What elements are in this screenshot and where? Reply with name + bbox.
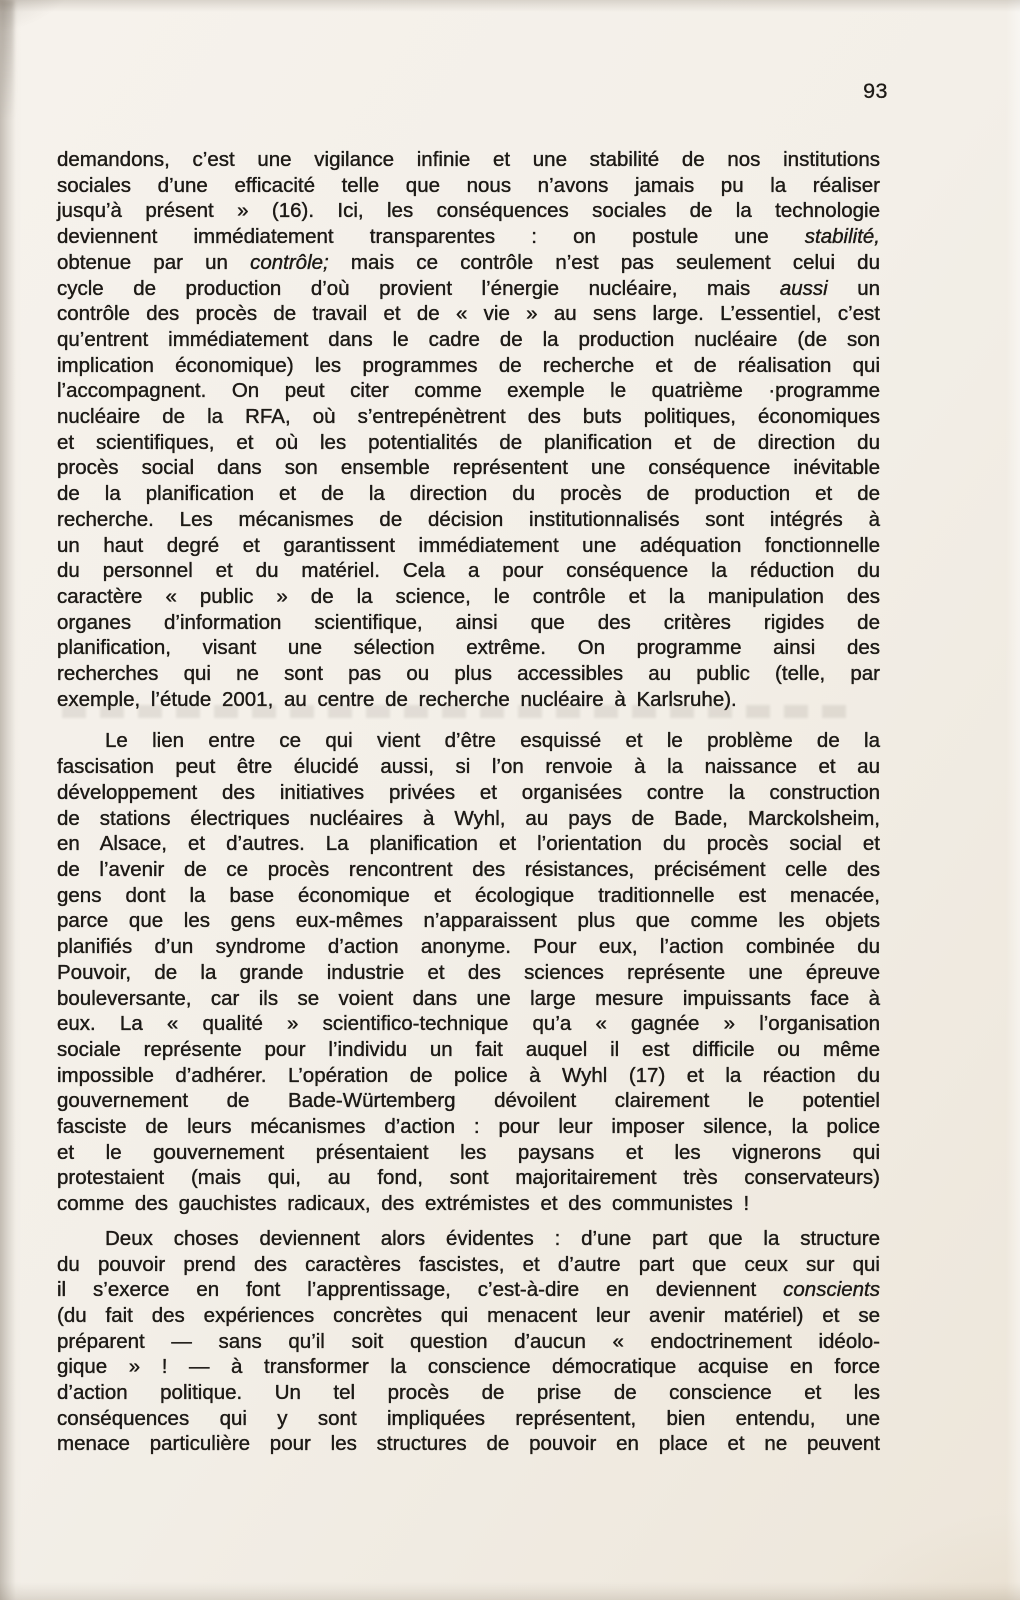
- text-line: et scientifiques, et où les potentialité…: [57, 430, 880, 456]
- text-line: cycle de production d’où provient l’éner…: [57, 276, 880, 302]
- paragraph: Deux choses deviennent alors évidentes :…: [57, 1226, 880, 1457]
- text-line: de l’avenir de ce procès rencontrent des…: [57, 857, 880, 883]
- scanned-book-page: 93 demandons, c’est une vigilance infini…: [0, 0, 1020, 1600]
- text-line: et le gouvernement présentaient les pays…: [57, 1140, 880, 1166]
- scan-bleed-artifact: [62, 705, 850, 718]
- text-line: il s’exerce en font l’apprentissage, c’e…: [57, 1277, 880, 1303]
- text-line: deviennent immédiatement transparentes :…: [57, 224, 880, 250]
- page-number: 93: [863, 79, 888, 104]
- text-line: qu’entrent immédiatement dans le cadre d…: [57, 327, 880, 353]
- text-line: planification, visant une sélection extr…: [57, 635, 880, 661]
- text-line: jusqu’à présent » (16). Ici, les conséqu…: [57, 198, 880, 224]
- text-line: bouleversante, car ils se voient dans un…: [57, 986, 880, 1012]
- text-line: contrôle des procès de travail et de « v…: [57, 301, 880, 327]
- text-line: parce que les gens eux-mêmes n’apparaiss…: [57, 908, 880, 934]
- text-line: fasciste de leurs mécanismes d’action : …: [57, 1114, 880, 1140]
- text-line: recherche. Les mécanismes de décision in…: [57, 507, 880, 533]
- text-line: sociale représente pour l’individu un fa…: [57, 1037, 880, 1063]
- text-line: organes d’information scientifique, ains…: [57, 610, 880, 636]
- text-line: conséquences qui y sont impliquées repré…: [57, 1406, 880, 1432]
- text-line: du pouvoir prend des caractères fasciste…: [57, 1252, 880, 1278]
- text-line: Deux choses deviennent alors évidentes :…: [57, 1226, 880, 1252]
- text-line: un haut degré et garantissent immédiatem…: [57, 533, 880, 559]
- text-line: sociales d’une efficacité telle que nous…: [57, 173, 880, 199]
- text-line: comme des gauchistes radicaux, des extré…: [57, 1191, 880, 1217]
- text-line: du personnel et du matériel. Cela a pour…: [57, 558, 880, 584]
- text-line: gique » ! — à transformer la conscience …: [57, 1354, 880, 1380]
- text-line: caractère « public » de la science, le c…: [57, 584, 880, 610]
- body-text: demandons, c’est une vigilance infinie e…: [57, 147, 880, 1457]
- text-line: impossible d’adhérer. L’opération de pol…: [57, 1063, 880, 1089]
- text-line: nucléaire de la RFA, où s’entrepénètrent…: [57, 404, 880, 430]
- text-line: planifiés d’un syndrome d’action anonyme…: [57, 934, 880, 960]
- text-line: gens dont la base économique et écologiq…: [57, 883, 880, 909]
- text-line: procès social dans son ensemble représen…: [57, 455, 880, 481]
- text-line: implication économique) les programmes d…: [57, 353, 880, 379]
- text-line: protestaient (mais qui, au fond, sont ma…: [57, 1165, 880, 1191]
- text-line: en Alsace, et d’autres. La planification…: [57, 831, 880, 857]
- text-line: recherches qui ne sont pas ou plus acces…: [57, 661, 880, 687]
- text-line: demandons, c’est une vigilance infinie e…: [57, 147, 880, 173]
- text-line: d’action politique. Un tel procès de pri…: [57, 1380, 880, 1406]
- text-line: préparent — sans qu’il soit question d’a…: [57, 1329, 880, 1355]
- paragraph: demandons, c’est une vigilance infinie e…: [57, 147, 880, 712]
- text-line: Pouvoir, de la grande industrie et des s…: [57, 960, 880, 986]
- text-line: de la planification et de la direction d…: [57, 481, 880, 507]
- text-line: Le lien entre ce qui vient d’être esquis…: [57, 728, 880, 754]
- text-line: menace particulière pour les structures …: [57, 1431, 880, 1457]
- text-line: fascisation peut être élucidé aussi, si …: [57, 754, 880, 780]
- text-line: (du fait des expériences concrètes qui m…: [57, 1303, 880, 1329]
- text-line: développement des initiatives privées et…: [57, 780, 880, 806]
- text-line: l’accompagnent. On peut citer comme exem…: [57, 378, 880, 404]
- paragraph: Le lien entre ce qui vient d’être esquis…: [57, 728, 880, 1216]
- text-line: eux. La « qualité » scientifico-techniqu…: [57, 1011, 880, 1037]
- scan-shadow-artifact: [0, 0, 14, 120]
- text-line: de stations électriques nucléaires à Wyh…: [57, 806, 880, 832]
- text-line: gouvernement de Bade-Würtemberg dévoilen…: [57, 1088, 880, 1114]
- text-line: obtenue par un contrôle; mais ce contrôl…: [57, 250, 880, 276]
